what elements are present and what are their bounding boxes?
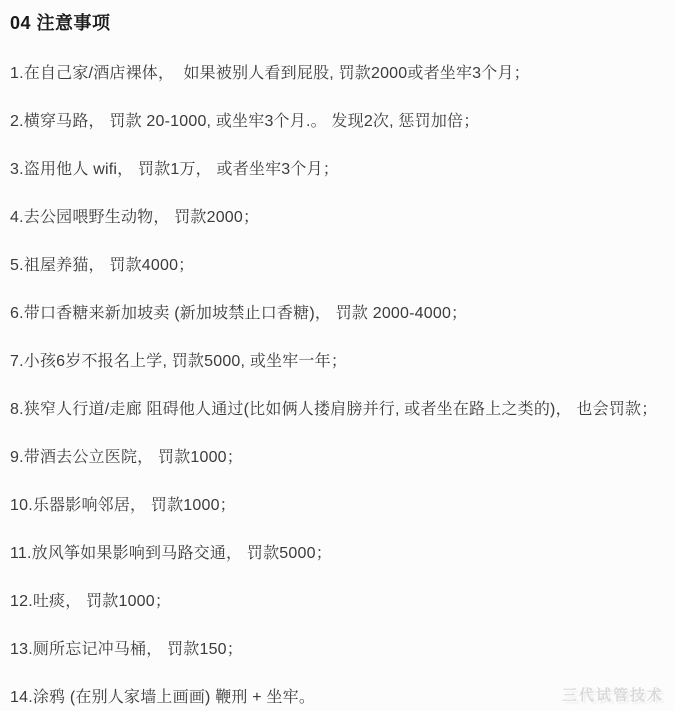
list-item: 12.吐痰， 罚款1000；	[10, 593, 666, 611]
page-title: 04 注意事项	[10, 12, 666, 34]
list-item: 13.厕所忘记冲马桶， 罚款150；	[10, 641, 666, 659]
list-item: 8.狭窄人行道/走廊 阻碍他人通过(比如俩人搂肩膀并行, 或者坐在路上之类的)，…	[10, 401, 666, 419]
list-item: 6.带口香糖来新加坡卖 (新加坡禁止口香糖)， 罚款 2000-4000；	[10, 305, 666, 323]
list-item: 11.放风筝如果影响到马路交通， 罚款5000；	[10, 545, 666, 563]
list-item: 7.小孩6岁不报名上学, 罚款5000, 或坐牢一年；	[10, 353, 666, 371]
list-item: 3.盗用他人 wifi， 罚款1万， 或者坐牢3个月；	[10, 161, 666, 179]
list-item: 1.在自己家/酒店裸体， 如果被别人看到屁股, 罚款2000或者坐牢3个月；	[10, 65, 666, 83]
article-body: 04 注意事项 1.在自己家/酒店裸体， 如果被别人看到屁股, 罚款2000或者…	[0, 0, 674, 711]
list-item: 5.祖屋养猫， 罚款4000；	[10, 257, 666, 275]
list-item: 9.带酒去公立医院， 罚款1000；	[10, 449, 666, 467]
watermark: 三代试管技术	[562, 684, 664, 705]
list-item: 2.横穿马路， 罚款 20-1000, 或坐牢3个月.。 发现2次, 惩罚加倍；	[10, 113, 666, 131]
list-item: 4.去公园喂野生动物， 罚款2000；	[10, 209, 666, 227]
list-item: 10.乐器影响邻居， 罚款1000；	[10, 497, 666, 515]
